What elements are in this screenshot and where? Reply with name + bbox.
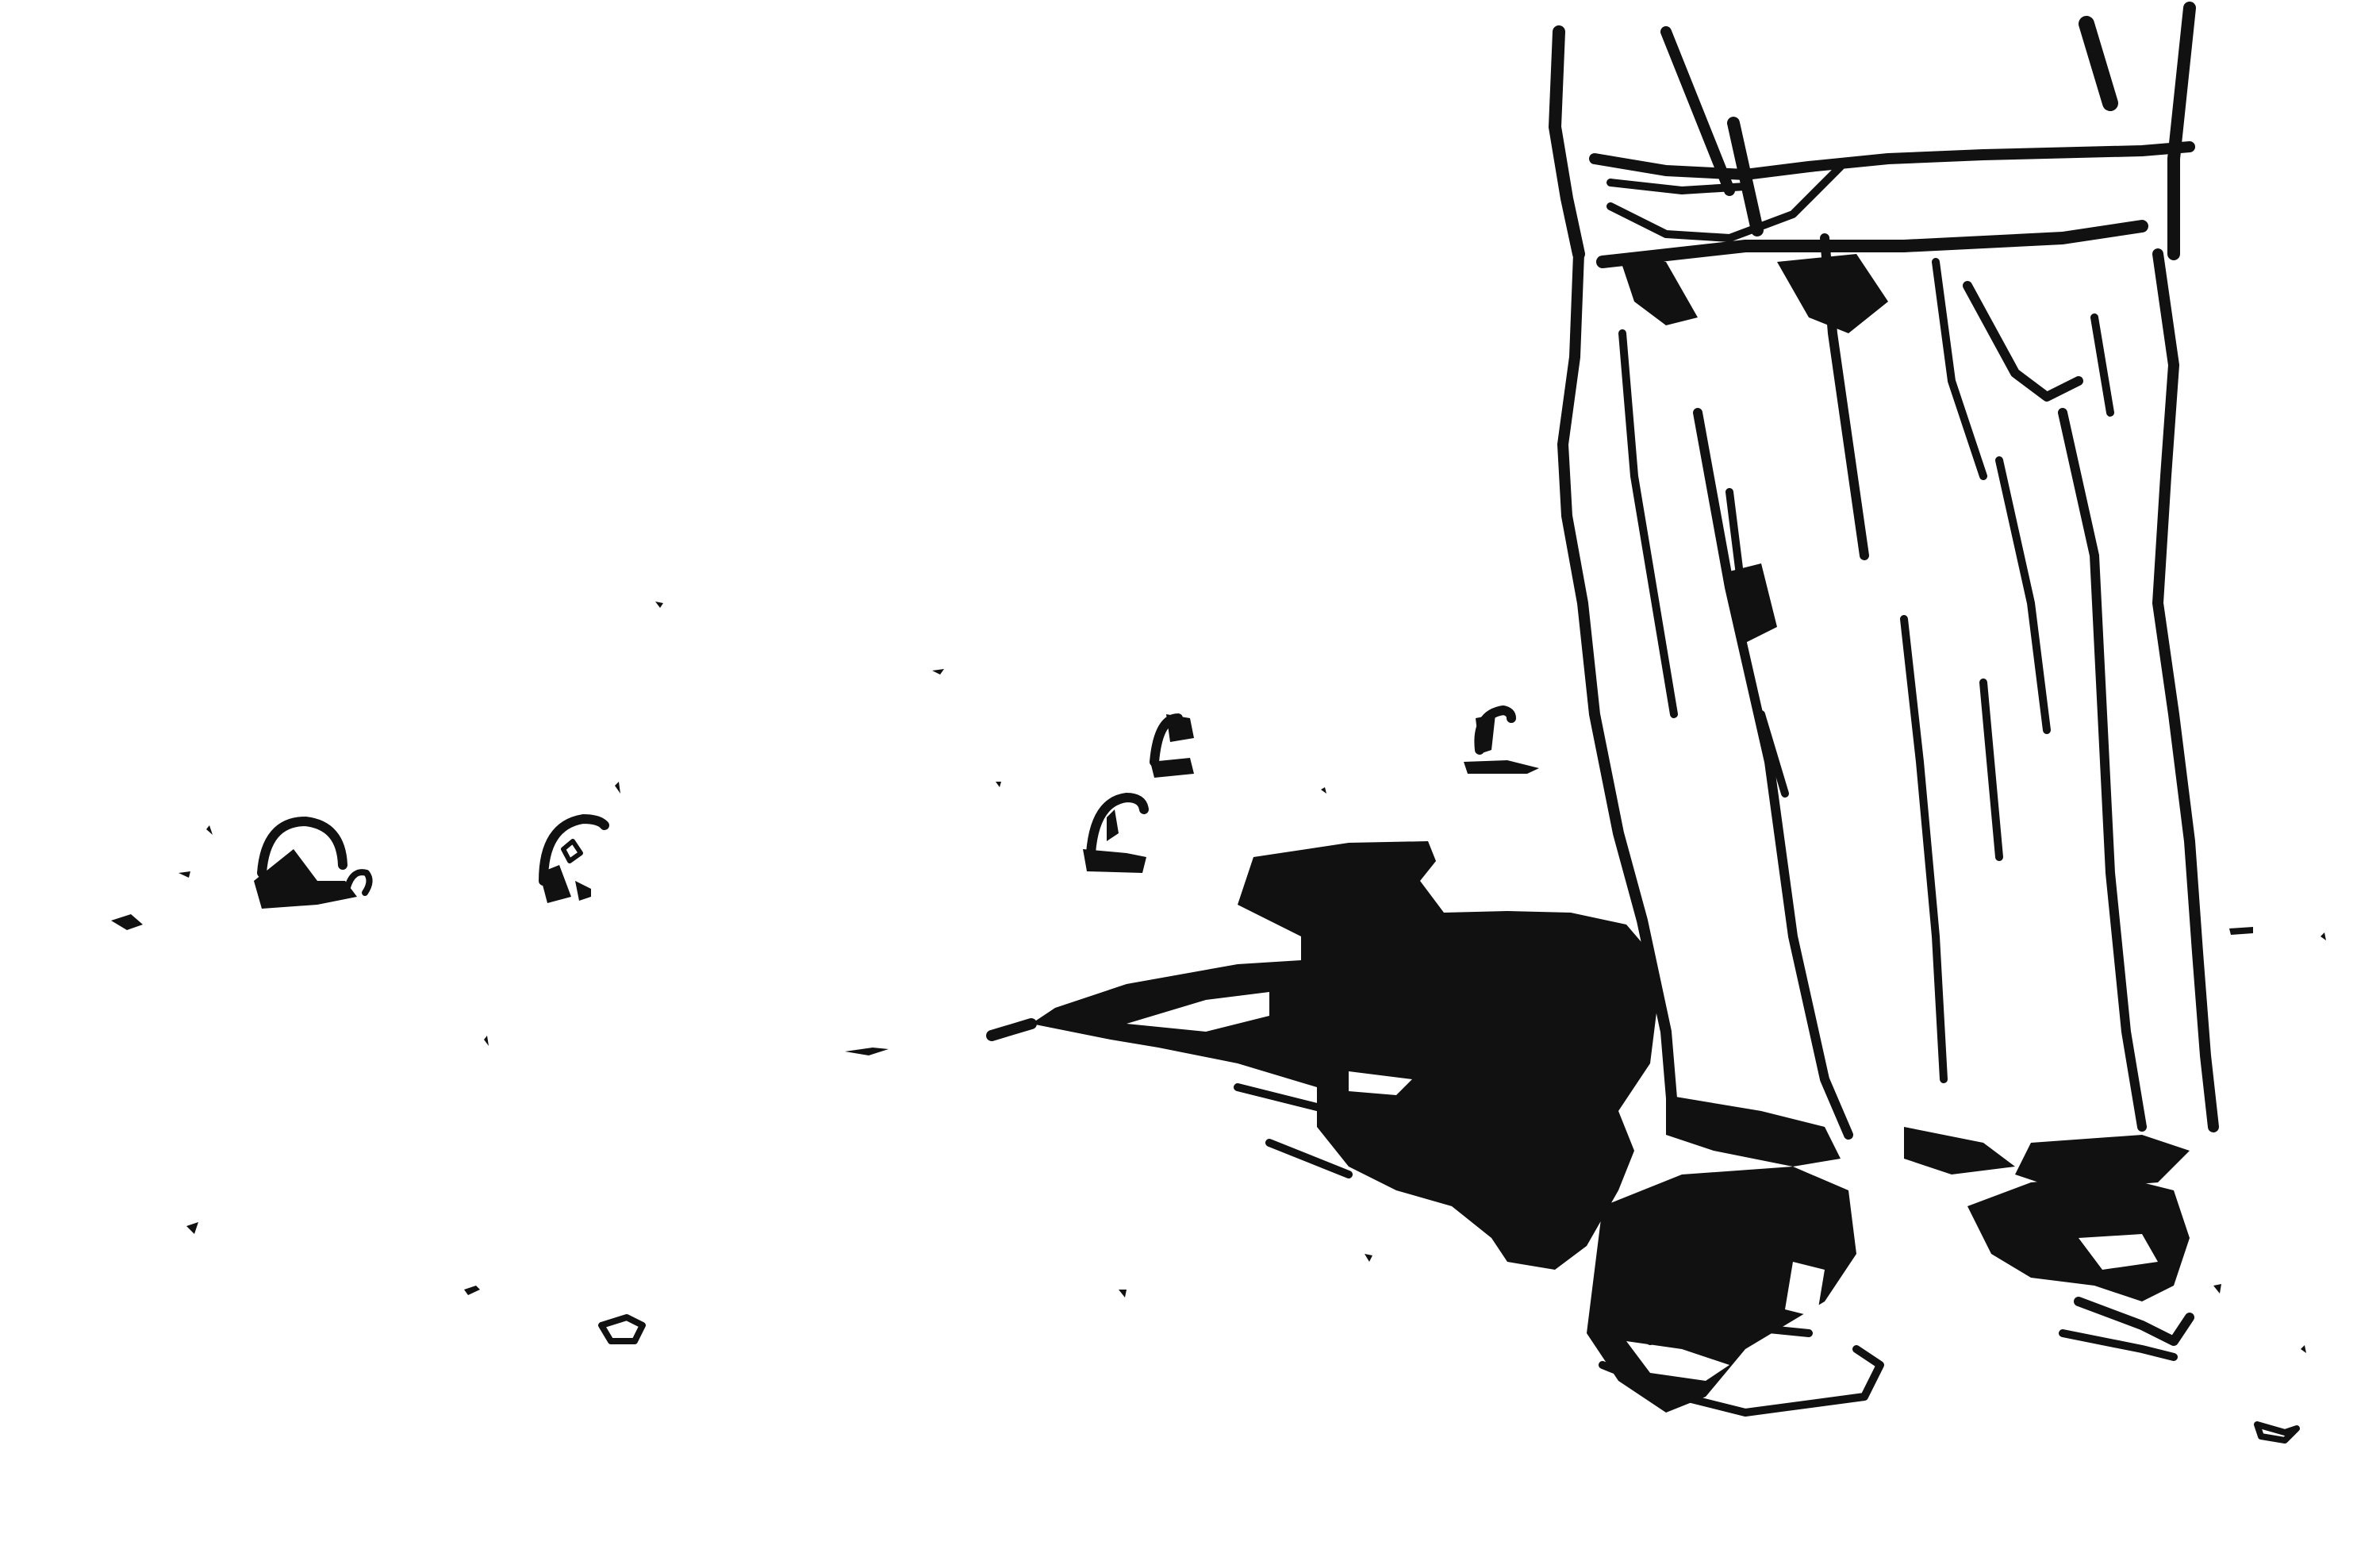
paper-scrap-2	[2257, 1424, 2297, 1440]
petanque-ball-1	[254, 821, 357, 909]
sneaker-left	[1587, 1167, 1880, 1413]
petanque-ball-6	[1464, 710, 1539, 774]
cast-shadow	[992, 841, 1658, 1270]
ink-illustration	[0, 0, 2380, 1557]
paper-scrap-1	[601, 1317, 643, 1341]
petanque-ball-5	[1150, 714, 1194, 778]
sneaker-right	[1967, 1174, 2190, 1357]
petanque-ball-3	[539, 819, 605, 903]
petanque-ball-4	[1083, 798, 1146, 873]
